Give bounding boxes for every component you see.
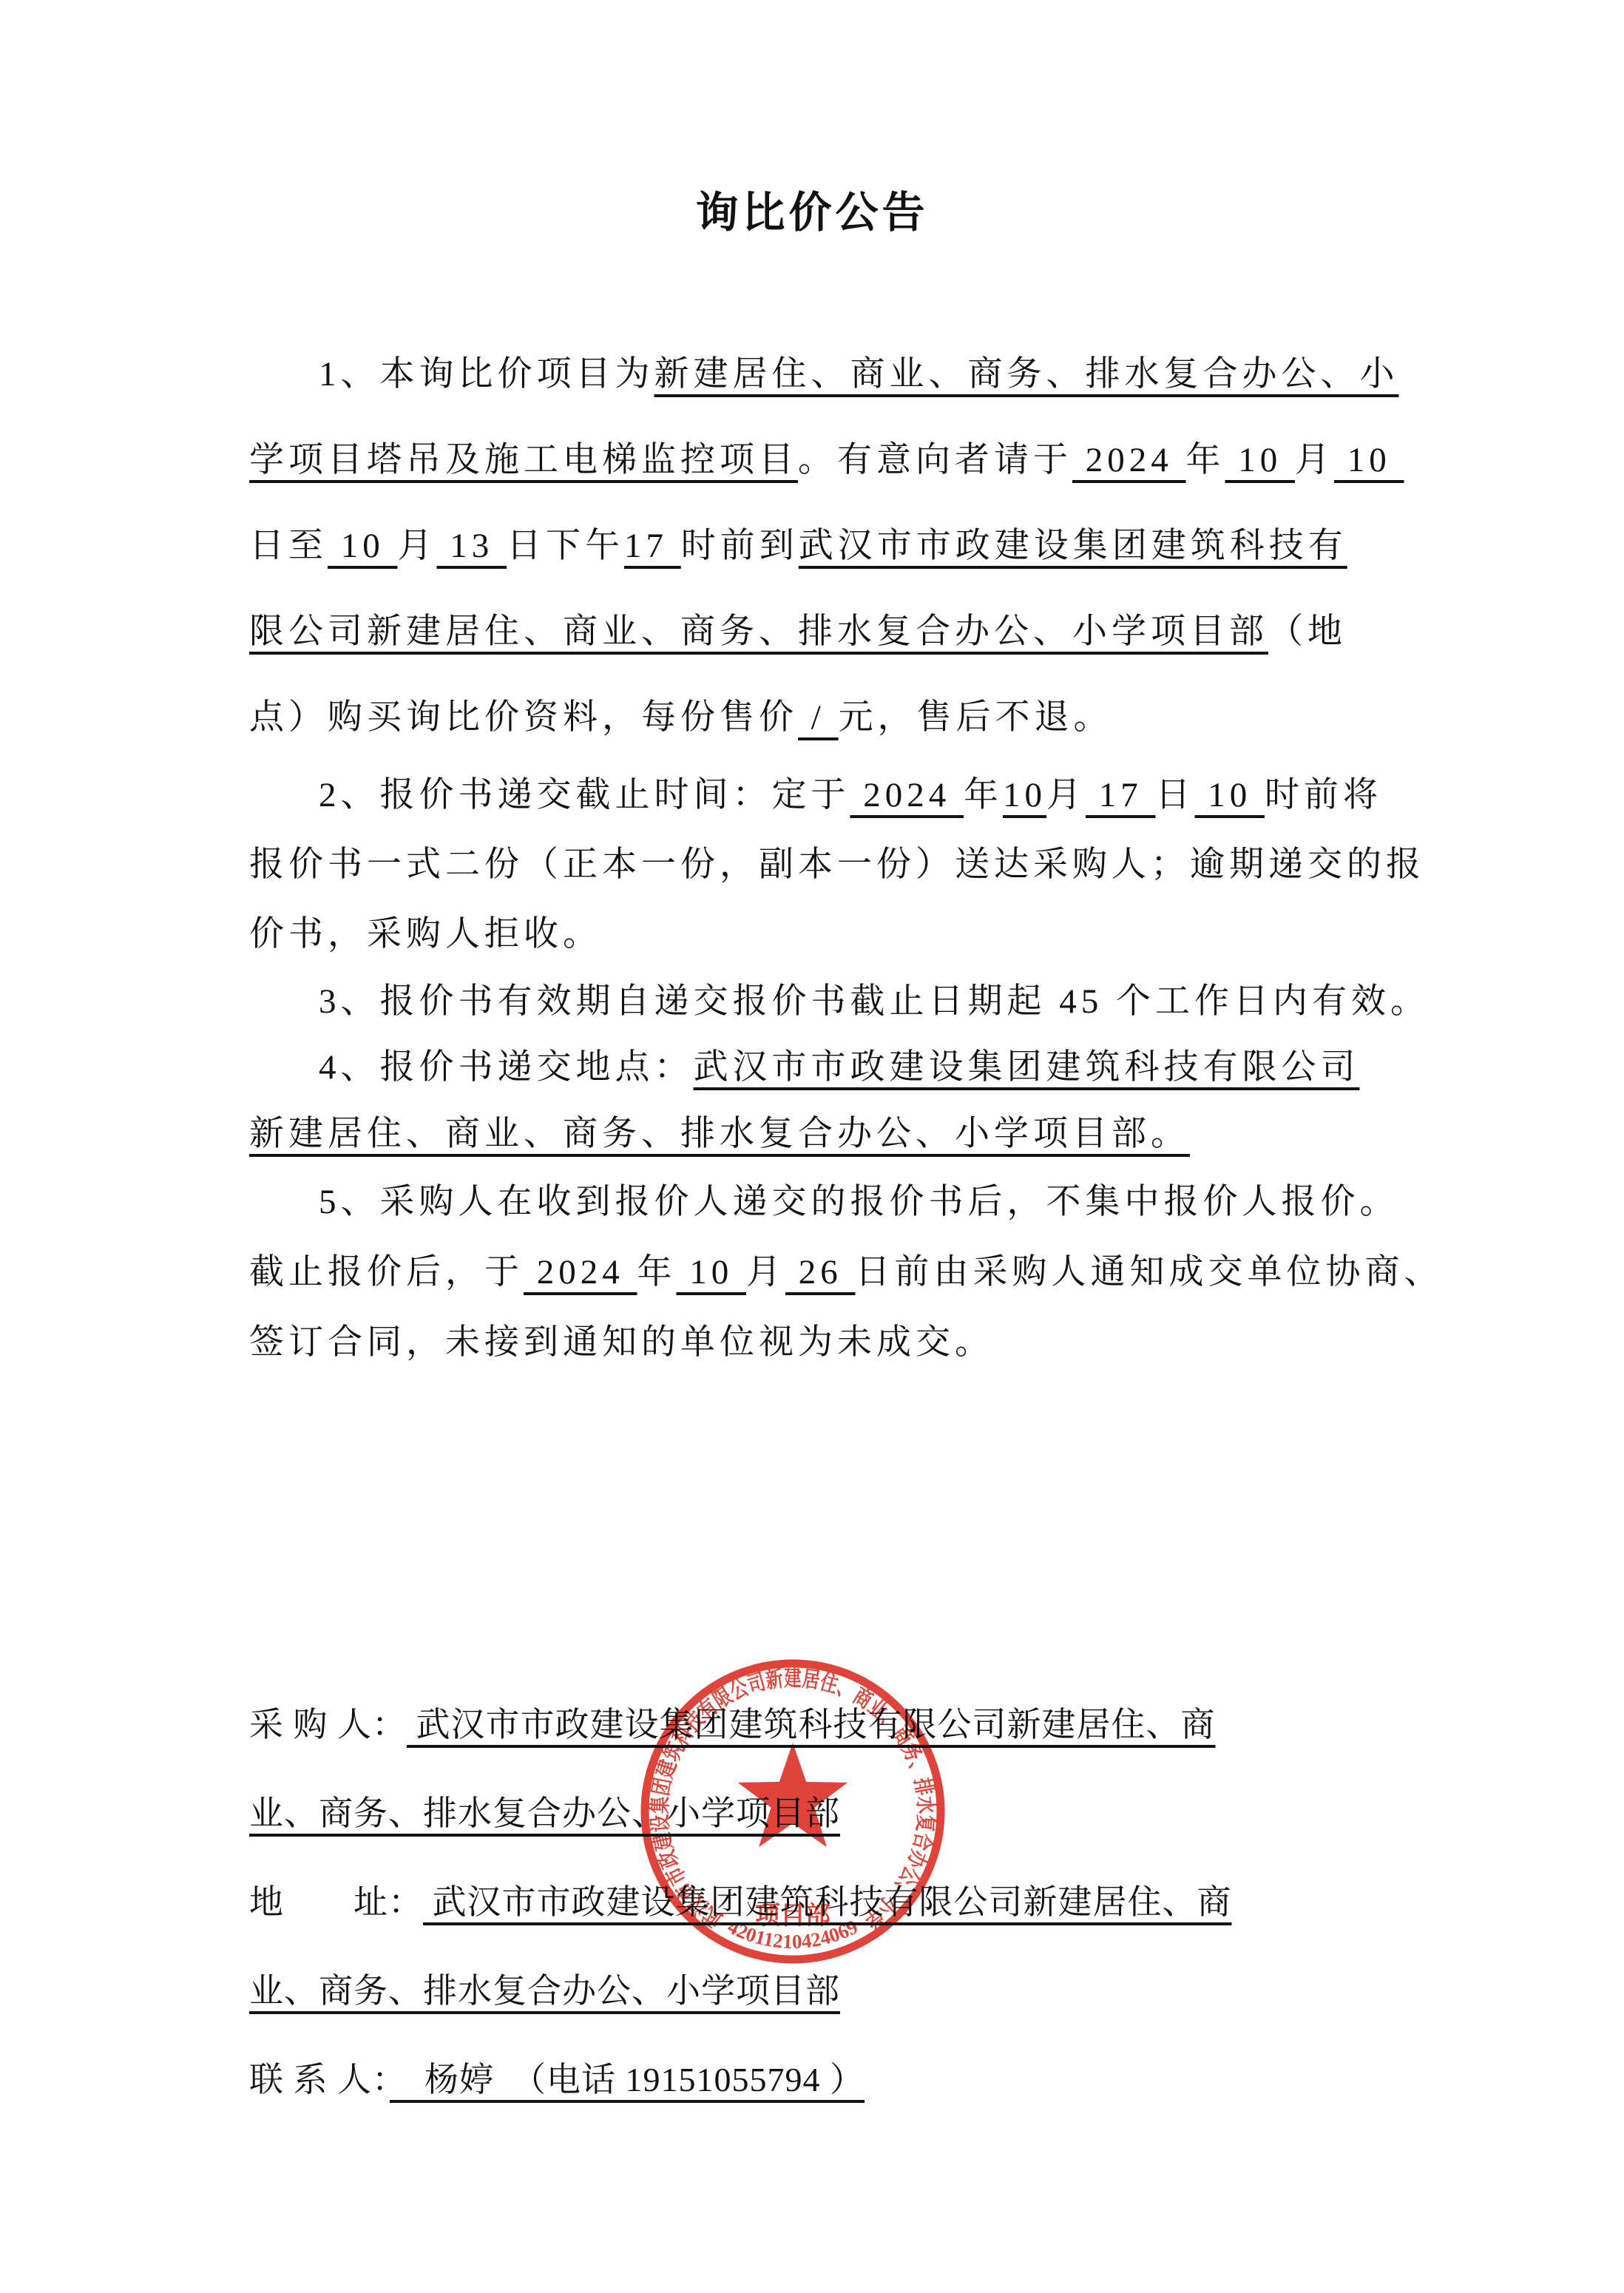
text-run: 5、采购人在收到报价人递交的报价书后，不集中报价人报价。 [319, 1183, 1399, 1221]
underlined-text-run: 10 [677, 1253, 747, 1291]
underlined-text-run: 武汉市市政建设集团建筑科技有限公司新建居住、商 [423, 1883, 1232, 1921]
text-run: 1、本询比价项目为 [319, 355, 654, 394]
document-line: 价书，采购人拒收。 [249, 899, 1432, 969]
text-run: 年 [964, 776, 1003, 814]
underlined-text-run: 10 [1195, 776, 1265, 814]
paragraph-4: 4、报价书递交地点：武汉市市政建设集团建筑科技有限公司 新建居住、商业、商务、排… [249, 1034, 1432, 1167]
contact-line: 联 系 人： 杨婷 （电话 19151055794 ） [249, 2036, 1477, 2124]
underlined-text-run: 2024 [850, 776, 964, 814]
document-line: 新建居住、商业、商务、排水复合办公、小学项目部。 [249, 1101, 1432, 1167]
text-run: 时前将 [1265, 776, 1382, 814]
document-line: 日至 10 月 13 日下午17 时前到武汉市市政建设集团建筑科技有 [249, 503, 1432, 589]
text-run: 日至 [249, 527, 328, 565]
text-run: 地 址： [249, 1883, 423, 1921]
underlined-text-run: 10 [1003, 776, 1046, 814]
text-run: 时前到 [681, 527, 799, 565]
text-run: 签订合同，未接到通知的单位视为未成交。 [249, 1323, 994, 1362]
text-run: 年 [1186, 441, 1225, 479]
text-run: 截止报价后，于 [249, 1253, 524, 1291]
text-run: 点）购买询比价资料，每份售价 [249, 698, 798, 737]
text-run: 月 [398, 527, 437, 565]
text-run: （地 [1268, 612, 1347, 651]
page-title: 询比价公告 [0, 178, 1624, 240]
underlined-text-run: 13 [437, 527, 507, 565]
paragraph-2: 2、报价书递交截止时间：定于 2024 年10月 17 日 10 时前将 报价书… [249, 760, 1432, 969]
text-run: 日 [1156, 776, 1195, 814]
underlined-text-run: 武汉市市政建设集团建筑科技有 [799, 527, 1347, 565]
text-run: 2、报价书递交截止时间：定于 [319, 776, 850, 814]
underlined-text-run: 2024 [1072, 441, 1186, 479]
document-line: 报价书一式二份（正本一份，副本一份）送达采购人；逾期递交的报 [249, 830, 1432, 899]
underlined-text-run: 2024 [524, 1253, 637, 1291]
document-line: 1、本询比价项目为新建居住、商业、商务、排水复合办公、小 [249, 331, 1432, 417]
text-run: 采 购 人： [249, 1706, 407, 1743]
underlined-text-run: 杨婷 （电话 19151055794 ） [390, 2061, 865, 2098]
underlined-text-run: 业、商务、排水复合办公、小学项目部 [249, 1794, 840, 1832]
document-line: 签订合同，未接到通知的单位视为未成交。 [249, 1308, 1432, 1378]
purchaser-line: 采 购 人： 武汉市市政建设集团建筑科技有限公司新建居住、商 [249, 1681, 1477, 1769]
underlined-text-run: 26 [785, 1253, 856, 1291]
paragraph-1: 1、本询比价项目为新建居住、商业、商务、排水复合办公、小 学项目塔吊及施工电梯监… [249, 331, 1432, 760]
text-run: 月 [1046, 776, 1086, 814]
document-line: 限公司新建居住、商业、商务、排水复合办公、小学项目部（地 [249, 589, 1432, 675]
document-line: 点）购买询比价资料，每份售价 / 元，售后不退。 [249, 675, 1432, 760]
text-run: 日下午 [507, 527, 624, 565]
text-run: 。有意向者请于 [798, 441, 1072, 479]
text-run: 年 [637, 1253, 677, 1291]
document-line: 2、报价书递交截止时间：定于 2024 年10月 17 日 10 时前将 [249, 760, 1432, 830]
underlined-text-run: 新建居住、商业、商务、排水复合办公、小 [654, 355, 1399, 394]
text-run: 3、报价书有效期自递交报价书截止日期起 45 个工作日内有效。 [319, 982, 1430, 1021]
document-line: 4、报价书递交地点：武汉市市政建设集团建筑科技有限公司 [249, 1034, 1432, 1101]
underlined-text-run: 17 [624, 527, 681, 565]
paragraph-5: 5、采购人在收到报价人递交的报价书后，不集中报价人报价。 截止报价后，于 202… [249, 1167, 1432, 1378]
document-body: 1、本询比价项目为新建居住、商业、商务、排水复合办公、小 学项目塔吊及施工电梯监… [249, 331, 1432, 1378]
text-run: 月 [746, 1253, 785, 1291]
underlined-text-run: 新建居住、商业、商务、排水复合办公、小学项目部。 [249, 1115, 1190, 1153]
text-run: 报价书一式二份（正本一份，副本一份）送达采购人；逾期递交的报 [249, 845, 1425, 884]
underlined-text-run: 学项目塔吊及施工电梯监控项目 [249, 441, 798, 479]
document-line: 3、报价书有效期自递交报价书截止日期起 45 个工作日内有效。 [249, 969, 1432, 1034]
text-run: 月 [1295, 441, 1334, 479]
underlined-text-run: 10 [1225, 441, 1296, 479]
text-run: 价书，采购人拒收。 [249, 915, 602, 953]
page: 询比价公告 1、本询比价项目为新建居住、商业、商务、排水复合办公、小 学项目塔吊… [0, 0, 1624, 2293]
document-line: 5、采购人在收到报价人递交的报价书后，不集中报价人报价。 [249, 1167, 1432, 1237]
underlined-text-run: 限公司新建居住、商业、商务、排水复合办公、小学项目部 [249, 612, 1268, 651]
underlined-text-run: / [798, 698, 839, 737]
purchaser-line-2: 业、商务、排水复合办公、小学项目部 [249, 1769, 1477, 1858]
underlined-text-run: 10 [1334, 441, 1404, 479]
underlined-text-run: 17 [1086, 776, 1156, 814]
text-run: 4、报价书递交地点： [319, 1048, 694, 1087]
underlined-text-run: 业、商务、排水复合办公、小学项目部 [249, 1972, 840, 2010]
underlined-text-run: 10 [328, 527, 398, 565]
signature-block: 采 购 人： 武汉市市政建设集团建筑科技有限公司新建居住、商 业、商务、排水复合… [249, 1681, 1477, 2124]
underlined-text-run: 武汉市市政建设集团建筑科技有限公司新建居住、商 [407, 1706, 1216, 1743]
document-line: 学项目塔吊及施工电梯监控项目。有意向者请于 2024 年 10 月 10 [249, 417, 1432, 503]
text-run: 日前由采购人通知成交单位协商、 [856, 1253, 1444, 1291]
paragraph-3: 3、报价书有效期自递交报价书截止日期起 45 个工作日内有效。 [249, 969, 1432, 1034]
text-run: 元，售后不退。 [839, 698, 1113, 737]
document-line: 截止报价后，于 2024 年 10 月 26 日前由采购人通知成交单位协商、 [249, 1237, 1432, 1308]
text-run: 联 系 人： [249, 2061, 390, 2098]
address-line-2: 业、商务、排水复合办公、小学项目部 [249, 1947, 1477, 2036]
underlined-text-run: 武汉市市政建设集团建筑科技有限公司 [694, 1048, 1360, 1087]
address-line: 地 址： 武汉市市政建设集团建筑科技有限公司新建居住、商 [249, 1858, 1477, 1947]
